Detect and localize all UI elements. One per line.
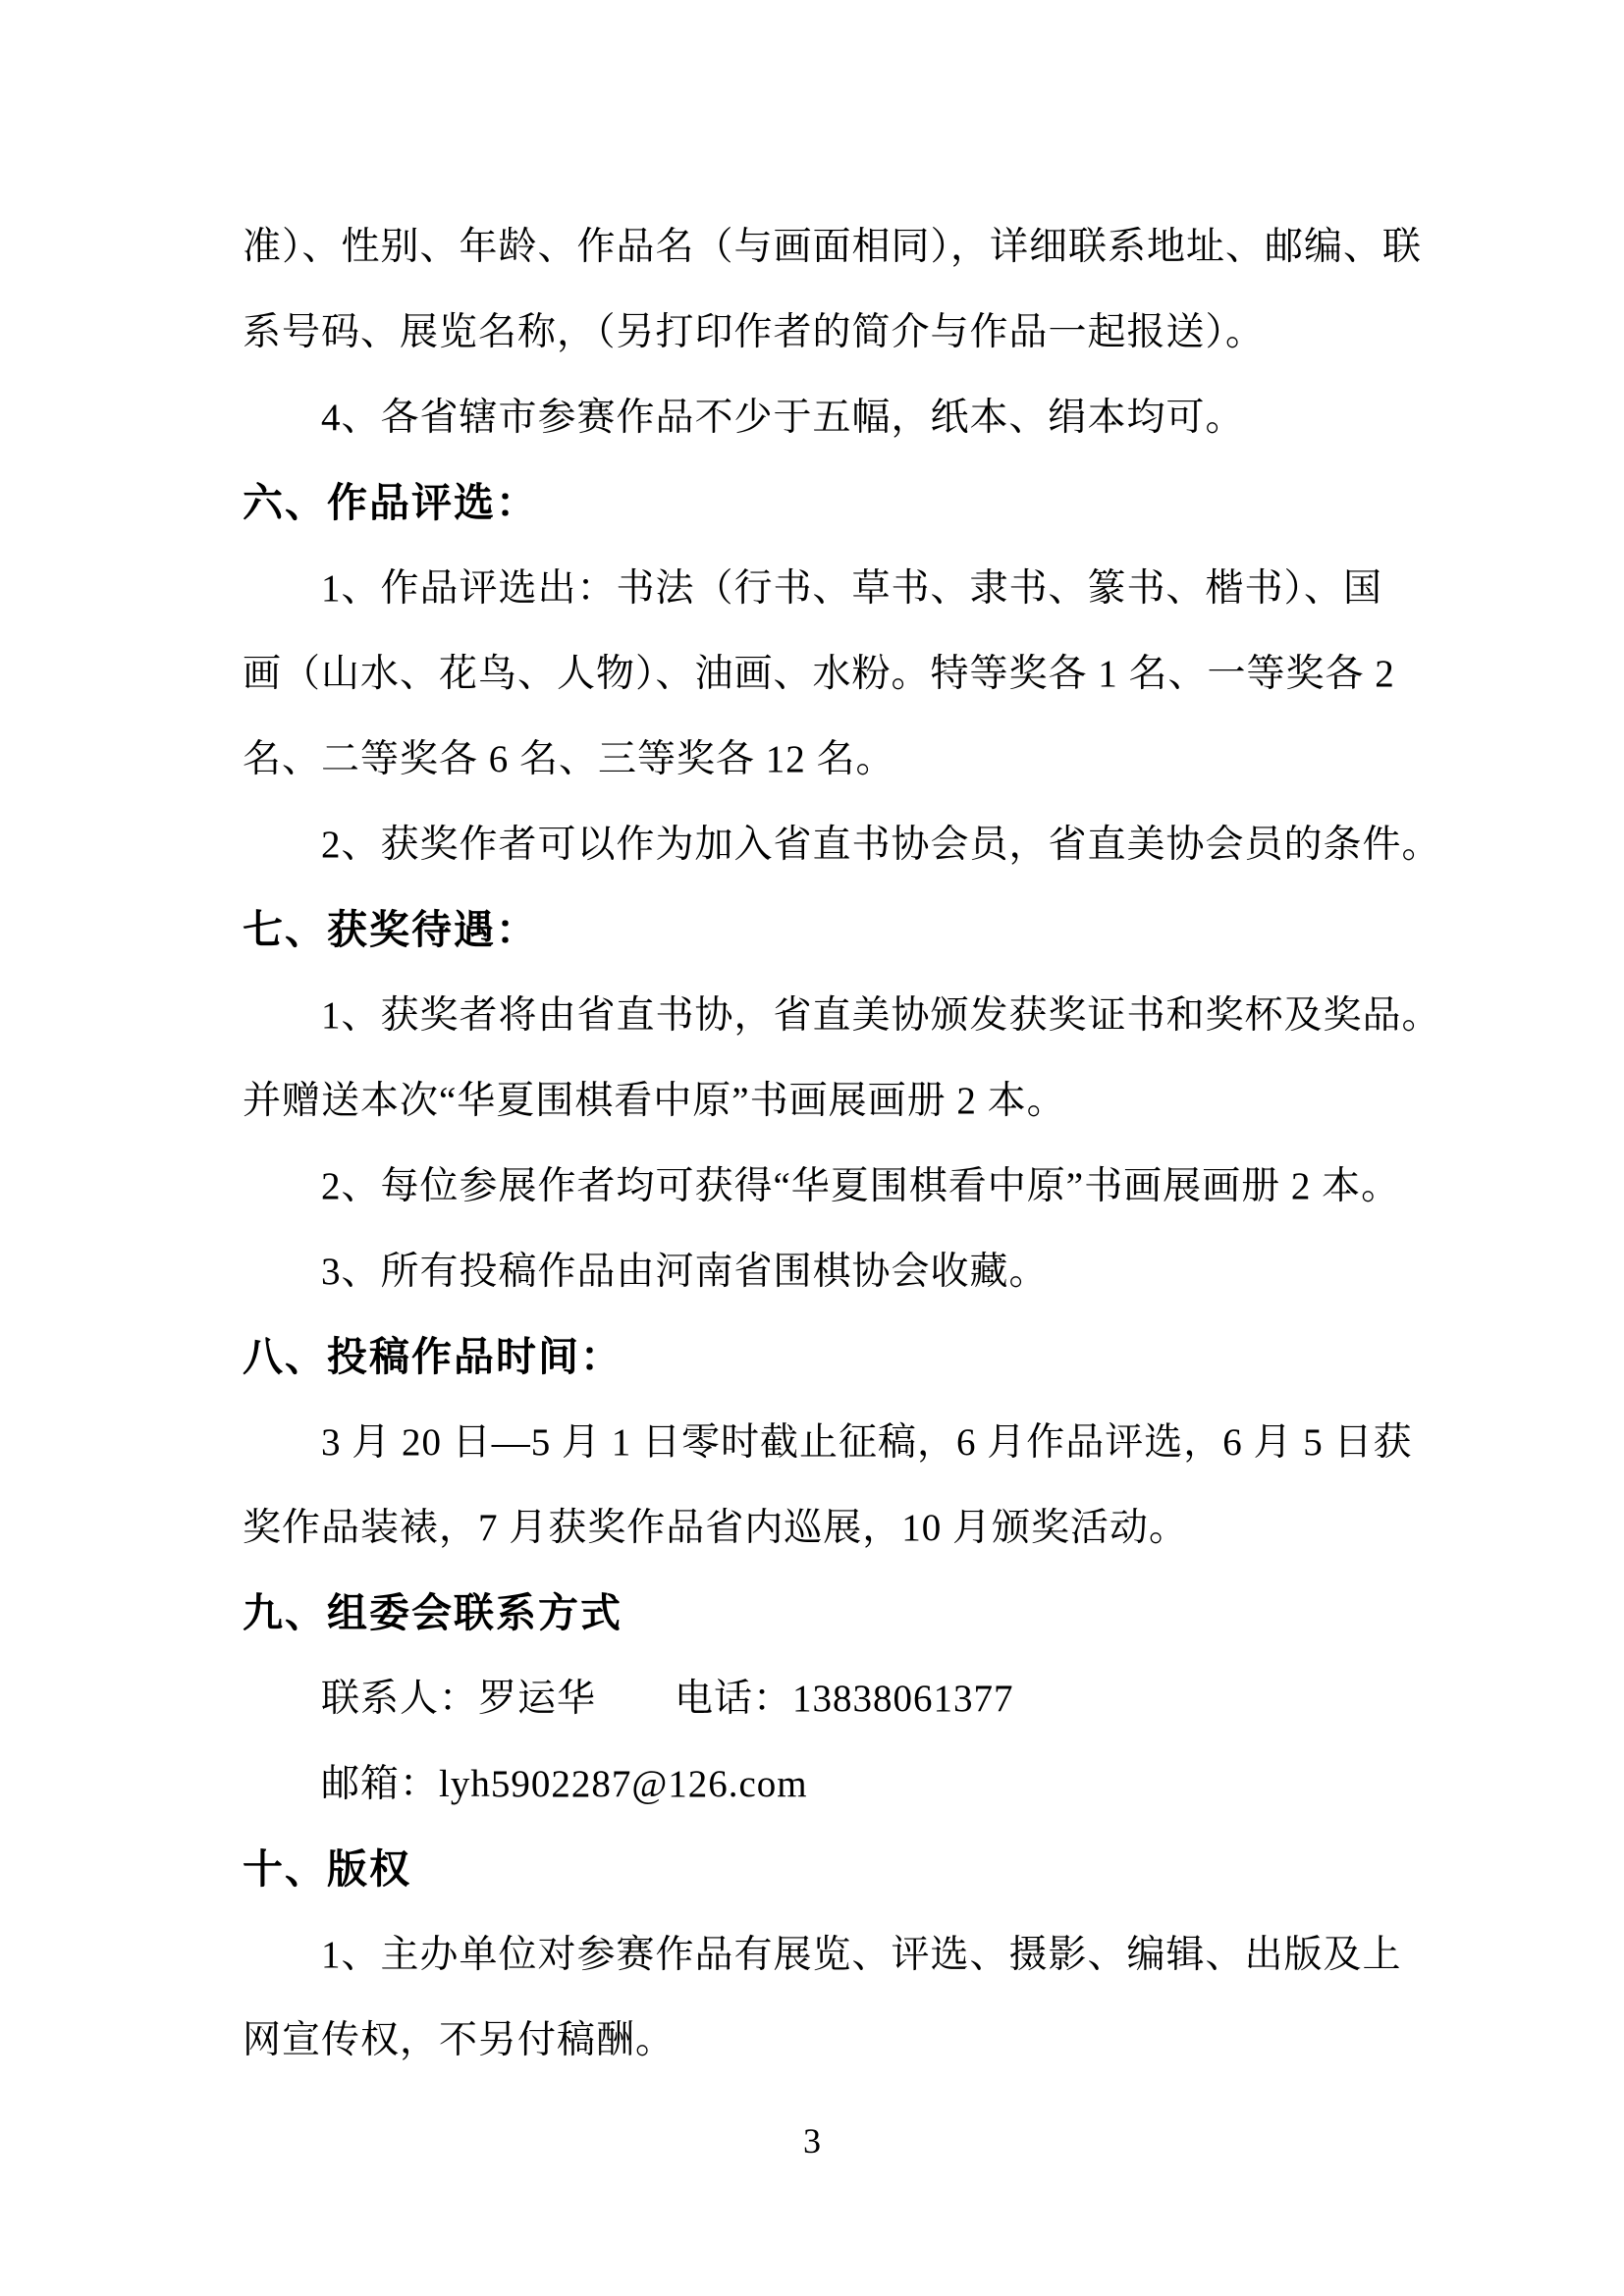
text-line: 准）、性别、年龄、作品名（与画面相同），详细联系地址、邮编、联 [243,200,1470,286]
text-line: 邮箱：lyh5902287@126.com [243,1737,1470,1823]
text-line: 1、主办单位对参赛作品有展览、评选、摄影、编辑、出版及上 [243,1908,1470,1994]
section-heading: 十、版权 [243,1823,1470,1908]
text-line: 名、二等奖各 6 名、三等奖各 12 名。 [243,713,1470,798]
section-heading: 八、投稿作品时间： [243,1310,1470,1396]
document-page: 准）、性别、年龄、作品名（与画面相同），详细联系地址、邮编、联系号码、展览名称，… [0,0,1624,2296]
text-line: 2、获奖作者可以作为加入省直书协会员，省直美协会员的条件。 [243,798,1470,883]
document-body: 准）、性别、年龄、作品名（与画面相同），详细联系地址、邮编、联系号码、展览名称，… [243,200,1470,2079]
text-line: 1、获奖者将由省直书协，省直美协颁发获奖证书和奖杯及奖品。 [243,969,1470,1054]
text-line: 联系人：罗运华 电话：13838061377 [243,1652,1470,1737]
text-line: 画（山水、花鸟、人物）、油画、水粉。特等奖各 1 名、一等奖各 2 [243,627,1470,713]
text-line: 2、每位参展作者均可获得“华夏围棋看中原”书画展画册 2 本。 [243,1140,1470,1225]
text-line: 4、各省辖市参赛作品不少于五幅，纸本、绢本均可。 [243,371,1470,456]
section-heading: 九、组委会联系方式 [243,1567,1470,1652]
section-heading: 七、获奖待遇： [243,883,1470,969]
text-line: 3、所有投稿作品由河南省围棋协会收藏。 [243,1225,1470,1310]
text-line: 奖作品装裱，7 月获奖作品省内巡展，10 月颁奖活动。 [243,1481,1470,1567]
text-line: 网宣传权，不另付稿酬。 [243,1994,1470,2079]
page-number: 3 [0,2120,1624,2162]
section-heading: 六、作品评选： [243,456,1470,542]
text-line: 3 月 20 日—5 月 1 日零时截止征稿，6 月作品评选，6 月 5 日获 [243,1396,1470,1481]
text-line: 系号码、展览名称，（另打印作者的简介与作品一起报送）。 [243,286,1470,371]
text-line: 1、作品评选出：书法（行书、草书、隶书、篆书、楷书）、国 [243,542,1470,627]
text-line: 并赠送本次“华夏围棋看中原”书画展画册 2 本。 [243,1054,1470,1140]
